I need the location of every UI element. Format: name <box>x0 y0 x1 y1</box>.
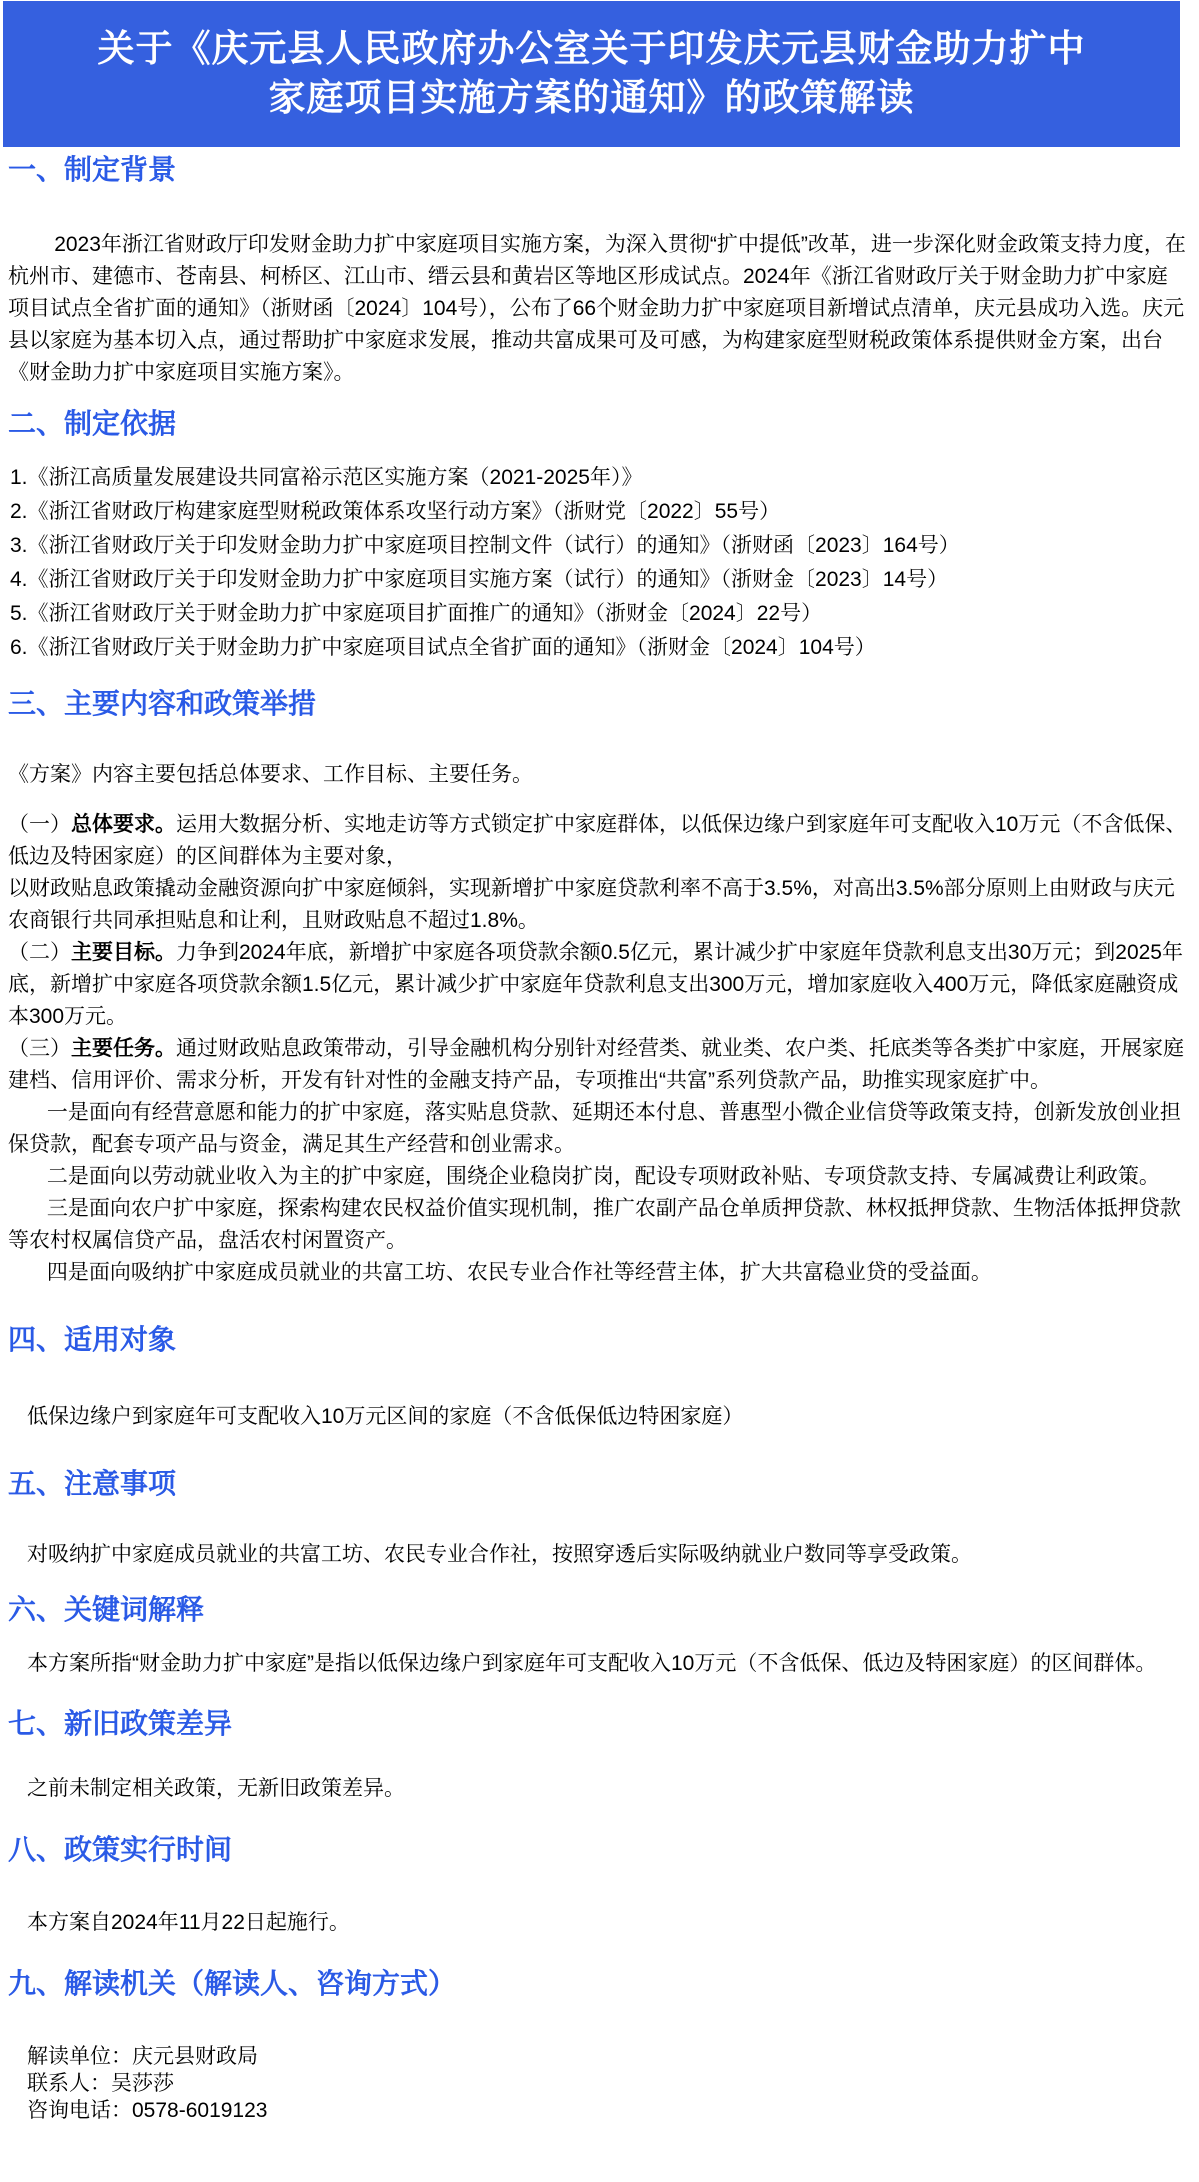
keyword-explanation-paragraph: 本方案所指“财金助力扩中家庭”是指以低保边缘户到家庭年可支配收入10万元（不含低… <box>27 1649 1187 1679</box>
section-applicable-targets: 四、适用对象 低保边缘户到家庭年可支配收入10万元区间的家庭（不含低保低边特困家… <box>8 1325 1187 1433</box>
list-item: 2.《浙江省财政厅构建家庭型财税政策体系攻坚行动方案》（浙财党〔2022〕55号… <box>10 495 1187 529</box>
page-title-line1: 关于《庆元县人民政府办公室关于印发庆元县财金助力扩中 <box>33 24 1150 73</box>
section-heading-notes: 五、注意事项 <box>8 1469 1187 1499</box>
section-interpreting-agency: 九、解读机关（解读人、咨询方式） 解读单位：庆元县财政局 联系人：吴莎莎 咨询电… <box>8 1969 1187 2124</box>
section-keyword-explanation: 六、关键词解释 本方案所指“财金助力扩中家庭”是指以低保边缘户到家庭年可支配收入… <box>8 1595 1187 1679</box>
contact-block: 解读单位：庆元县财政局 联系人：吴莎莎 咨询电话：0578-6019123 <box>27 2043 1187 2124</box>
item-label: 主要目标。 <box>71 941 176 964</box>
item-number: （二） <box>8 941 71 964</box>
legal-basis-list: 1.《浙江高质量发展建设共同富裕示范区实施方案（2021-2025年）》 2.《… <box>10 461 1187 665</box>
section-heading-keyword-explanation: 六、关键词解释 <box>8 1595 1187 1625</box>
background-paragraph: 2023年浙江省财政厅印发财金助力扩中家庭项目实施方案，为深入贯彻“扩中提低”改… <box>8 229 1187 389</box>
item-label: 总体要求。 <box>71 813 176 836</box>
section-notes: 五、注意事项 对吸纳扩中家庭成员就业的共富工坊、农民专业合作社，按照穿透后实际吸… <box>8 1469 1187 1571</box>
contact-person: 联系人：吴莎莎 <box>27 2070 1187 2097</box>
page-title-line2: 家庭项目实施方案的通知》的政策解读 <box>33 73 1150 122</box>
effective-date-paragraph: 本方案自2024年11月22日起施行。 <box>27 1907 1187 1939</box>
list-item: 4.《浙江省财政厅关于印发财金助力扩中家庭项目实施方案（试行）的通知》（浙财金〔… <box>10 563 1187 597</box>
notes-paragraph: 对吸纳扩中家庭成员就业的共富工坊、农民专业合作社，按照穿透后实际吸纳就业户数同等… <box>27 1539 1187 1571</box>
item-text: 力争到2024年底，新增扩中家庭各项贷款余额0.5亿元，累计减少扩中家庭年贷款利… <box>8 941 1183 1028</box>
section-policy-difference: 七、新旧政策差异 之前未制定相关政策，无新旧政策差异。 <box>8 1709 1187 1805</box>
list-item: 3.《浙江省财政厅关于印发财金助力扩中家庭项目控制文件（试行）的通知》（浙财函〔… <box>10 529 1187 563</box>
paragraph-main-tasks: （三）主要任务。通过财政贴息政策带动，引导金融机构分别针对经营类、就业类、农户类… <box>8 1033 1187 1097</box>
task-paragraph-2: 二是面向以劳动就业收入为主的扩中家庭，围绕企业稳岗扩岗，配设专项财政补贴、专项贷… <box>8 1161 1187 1193</box>
item-label: 主要任务。 <box>71 1037 176 1060</box>
contact-phone: 咨询电话：0578-6019123 <box>27 2097 1187 2124</box>
section-heading-effective-date: 八、政策实行时间 <box>8 1835 1187 1865</box>
item-text: 通过财政贴息政策带动，引导金融机构分别针对经营类、就业类、农户类、托底类等各类扩… <box>8 1037 1184 1092</box>
policy-difference-paragraph: 之前未制定相关政策，无新旧政策差异。 <box>27 1773 1187 1805</box>
task-paragraph-3: 三是面向农户扩中家庭，探索构建农民权益价值实现机制，推广农副产品仓单质押贷款、林… <box>8 1193 1187 1257</box>
section-main-content: 三、主要内容和政策举措 《方案》内容主要包括总体要求、工作目标、主要任务。 （一… <box>8 689 1187 1289</box>
main-content-intro: 《方案》内容主要包括总体要求、工作目标、主要任务。 <box>8 759 1187 791</box>
task-paragraph-4: 四是面向吸纳扩中家庭成员就业的共富工坊、农民专业合作社等经营主体，扩大共富稳业贷… <box>8 1257 1187 1289</box>
list-item: 5.《浙江省财政厅关于财金助力扩中家庭项目扩面推广的通知》（浙财金〔2024〕2… <box>10 597 1187 631</box>
paragraph-overall-requirements-cont: 以财政贴息政策撬动金融资源向扩中家庭倾斜，实现新增扩中家庭贷款利率不高于3.5%… <box>8 873 1187 937</box>
section-heading-policy-difference: 七、新旧政策差异 <box>8 1709 1187 1739</box>
section-heading-background: 一、制定背景 <box>8 155 1187 185</box>
section-heading-legal-basis: 二、制定依据 <box>8 409 1187 439</box>
section-heading-interpreting-agency: 九、解读机关（解读人、咨询方式） <box>8 1969 1187 1999</box>
section-heading-applicable-targets: 四、适用对象 <box>8 1325 1187 1355</box>
task-paragraph-1: 一是面向有经营意愿和能力的扩中家庭，落实贴息贷款、延期还本付息、普惠型小微企业信… <box>8 1097 1187 1161</box>
paragraph-main-goals: （二）主要目标。力争到2024年底，新增扩中家庭各项贷款余额0.5亿元，累计减少… <box>8 937 1187 1033</box>
paragraph-overall-requirements: （一）总体要求。运用大数据分析、实地走访等方式锁定扩中家庭群体，以低保边缘户到家… <box>8 809 1187 873</box>
interpreting-unit: 解读单位：庆元县财政局 <box>27 2043 1187 2070</box>
applicable-targets-paragraph: 低保边缘户到家庭年可支配收入10万元区间的家庭（不含低保低边特困家庭） <box>27 1401 1187 1433</box>
section-effective-date: 八、政策实行时间 本方案自2024年11月22日起施行。 <box>8 1835 1187 1939</box>
document-body: 一、制定背景 2023年浙江省财政厅印发财金助力扩中家庭项目实施方案，为深入贯彻… <box>0 155 1199 2124</box>
section-legal-basis: 二、制定依据 1.《浙江高质量发展建设共同富裕示范区实施方案（2021-2025… <box>8 409 1187 665</box>
list-item: 6.《浙江省财政厅关于财金助力扩中家庭项目试点全省扩面的通知》（浙财金〔2024… <box>10 631 1187 665</box>
section-heading-main-content: 三、主要内容和政策举措 <box>8 689 1187 719</box>
item-text: 运用大数据分析、实地走访等方式锁定扩中家庭群体，以低保边缘户到家庭年可支配收入1… <box>8 813 1186 868</box>
item-number: （一） <box>8 813 71 836</box>
title-banner: 关于《庆元县人民政府办公室关于印发庆元县财金助力扩中 家庭项目实施方案的通知》的… <box>3 1 1180 147</box>
list-item: 1.《浙江高质量发展建设共同富裕示范区实施方案（2021-2025年）》 <box>10 461 1187 495</box>
item-number: （三） <box>8 1037 71 1060</box>
section-background: 一、制定背景 2023年浙江省财政厅印发财金助力扩中家庭项目实施方案，为深入贯彻… <box>8 155 1187 389</box>
